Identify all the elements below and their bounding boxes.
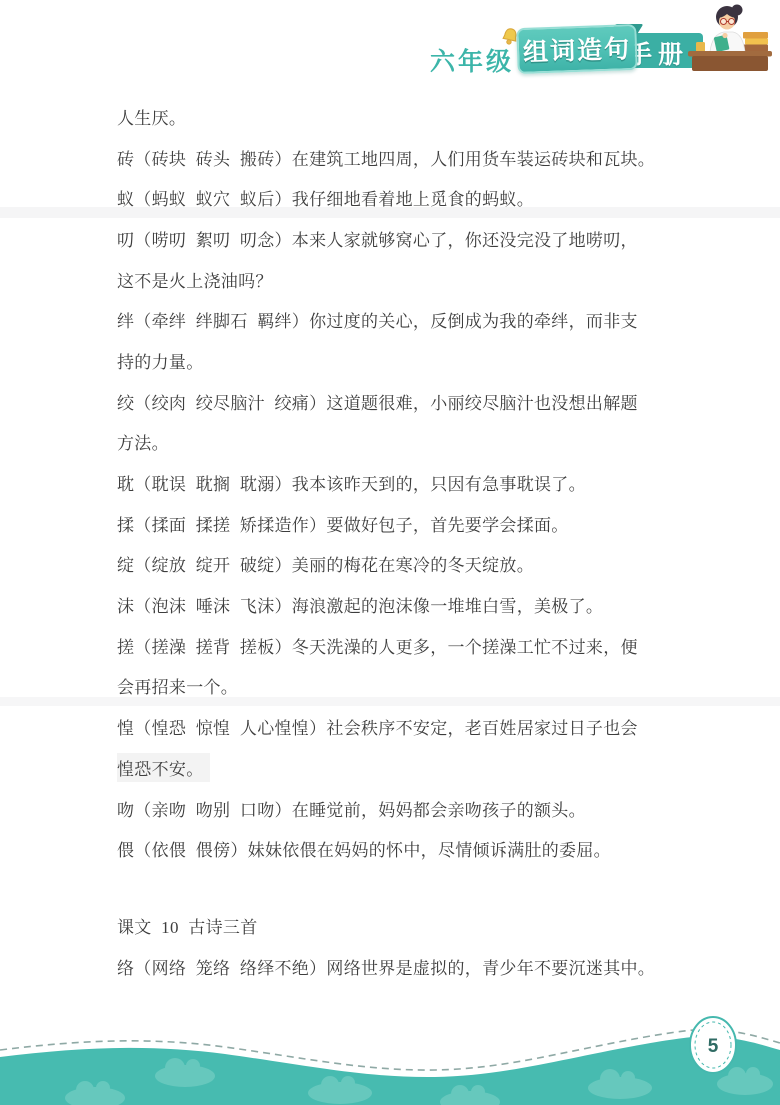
text-line: 络（网络 笼络 络绎不绝）网络世界是虚拟的，青少年不要沉迷其中。 [117, 946, 677, 987]
text-line: 吻（亲吻 吻别 口吻）在睡觉前，妈妈都会亲吻孩子的额头。 [117, 788, 677, 829]
text-line: 方法。 [117, 422, 677, 463]
text-line: 偎（依偎 偎傍）妹妹依偎在妈妈的怀中，尽情倾诉满肚的委屈。 [117, 828, 677, 869]
text-line: 会再招来一个。 [117, 666, 677, 707]
series-title-label: 组词造句 [522, 29, 631, 69]
text-line: 叨（唠叨 絮叨 叨念）本来人家就够窝心了，你还没完没了地唠叨， [117, 218, 677, 259]
text-line: 砖（砖块 砖头 搬砖）在建筑工地四周，人们用货车装运砖块和瓦块。 [117, 137, 677, 178]
footer-wave: 5 [0, 1000, 780, 1105]
text-line: 搓（搓澡 搓背 搓板）冬天洗澡的人更多，一个搓澡工忙不过来，便 [117, 625, 677, 666]
text-line: 持的力量。 [117, 340, 677, 381]
teacher-illustration [686, 4, 776, 74]
highlighted-text: 惶恐不安。 [117, 753, 210, 782]
text-line: 绊（牵绊 绊脚石 羁绊）你过度的关心，反倒成为我的牵绊，而非支 [117, 299, 677, 340]
text-line: 沫（泡沫 唾沫 飞沫）海浪激起的泡沫像一堆堆白雪，美极了。 [117, 584, 677, 625]
page-number: 5 [708, 1036, 719, 1057]
text-line: 惶（惶恐 惊惶 人心惶惶）社会秩序不安定，老百姓居家过日子也会 [117, 706, 677, 747]
page-number-badge: 5 [690, 1017, 736, 1073]
grade-label: 六年级 [430, 42, 514, 78]
workbook-page: { "header": { "grade_label": "六年级", "ser… [0, 0, 780, 1105]
text-line: 耽（耽误 耽搁 耽溺）我本该昨天到的，只因有急事耽误了。 [117, 462, 677, 503]
series-title-badge: 组词造句 [516, 24, 638, 74]
text-line: 人生厌。 [117, 96, 677, 137]
text-line: 绞（绞肉 绞尽脑汁 绞痛）这道题很难，小丽绞尽脑汁也没想出解题 [117, 381, 677, 422]
text-line: 揉（揉面 揉搓 矫揉造作）要做好包子，首先要学会揉面。 [117, 503, 677, 544]
text-line: 这不是火上浇油吗？ [117, 259, 677, 300]
text-line: 绽（绽放 绽开 破绽）美丽的梅花在寒冷的冬天绽放。 [117, 544, 677, 585]
text-line: 惶恐不安。 [117, 747, 677, 788]
page-header: 六年级 手册 组词造句 [0, 0, 780, 100]
text-line: 蚁（蚂蚁 蚁穴 蚁后）我仔细地看着地上觅食的蚂蚁。 [117, 177, 677, 218]
page-body-text: 人生厌。 砖（砖块 砖头 搬砖）在建筑工地四周，人们用货车装运砖块和瓦块。 蚁（… [117, 96, 677, 986]
section-heading: 课文 10 古诗三首 [117, 905, 677, 946]
